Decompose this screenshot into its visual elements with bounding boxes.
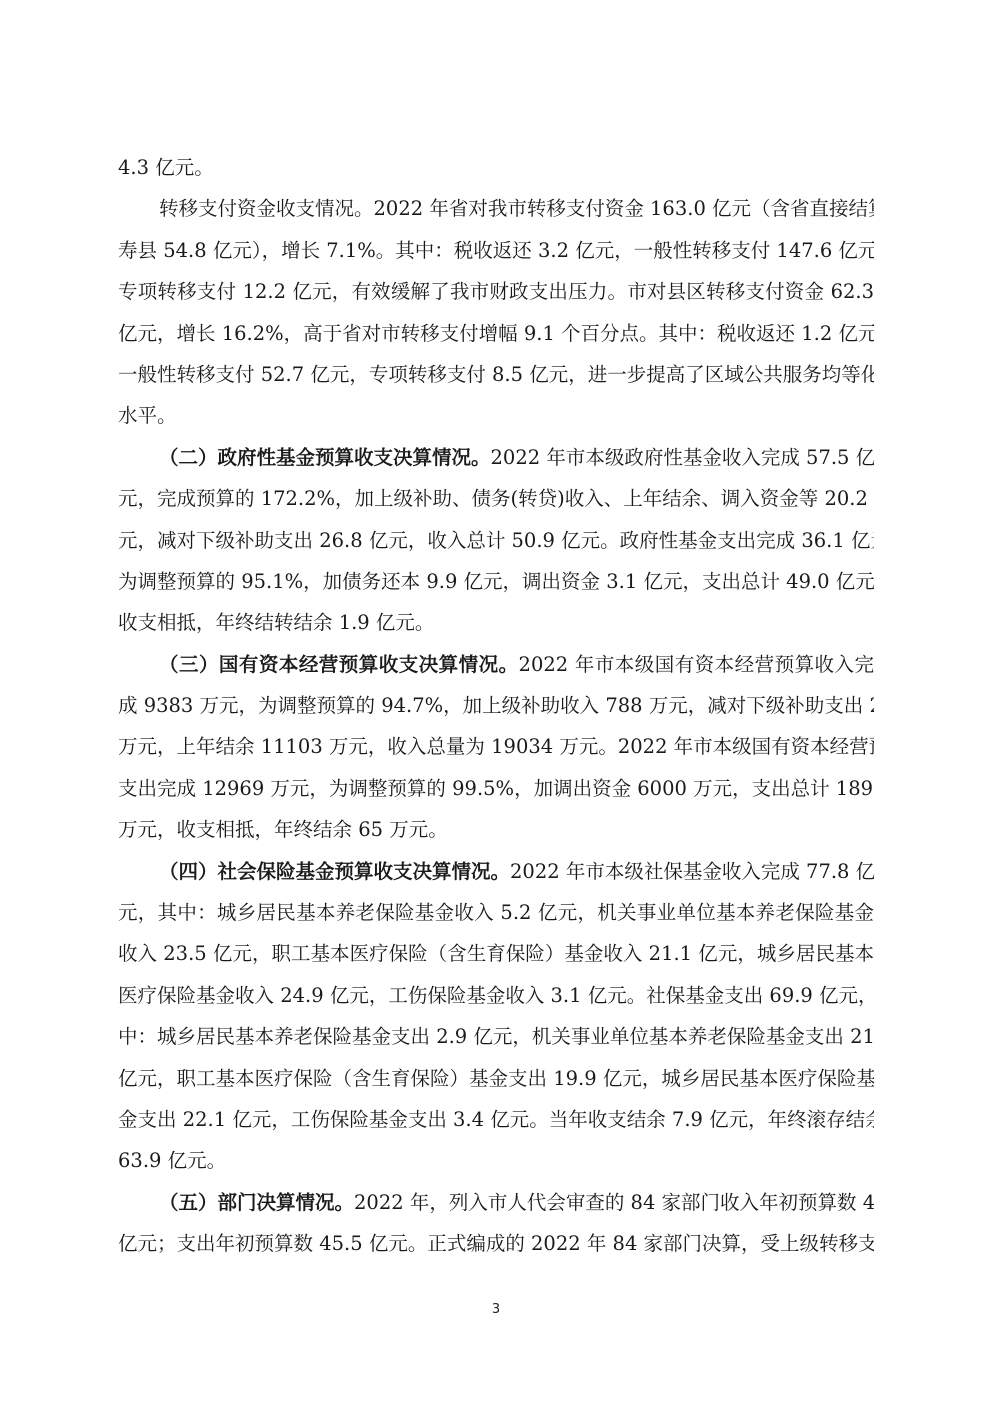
text-run: 2022 年市本级社保基金收入完成 77.8 亿 <box>510 860 874 883</box>
text-line: 亿元；支出年初预算数 45.5 亿元。正式编成的 2022 年 84 家部门决算… <box>118 1223 874 1264</box>
text-line: 医疗保险基金收入 24.9 亿元，工伤保险基金收入 3.1 亿元。社保基金支出 … <box>118 975 874 1016</box>
text-line: 元，完成预算的 172.2%，加上级补助、债务(转贷)收入、上年结余、调入资金等… <box>118 478 874 519</box>
text-run: 2022 年市本级国有资本经营预算收入完 <box>519 653 874 676</box>
document-page: 4.3 亿元。 转移支付资金收支情况。2022 年省对我市转移支付资金 163.… <box>0 0 992 1403</box>
text-line: 转移支付资金收支情况。2022 年省对我市转移支付资金 163.0 亿元（含省直… <box>118 188 874 229</box>
page-number: 3 <box>0 1302 992 1317</box>
section-heading-line: （二）政府性基金预算收支决算情况。2022 年市本级政府性基金收入完成 57.5… <box>118 437 874 478</box>
text-line: 收入 23.5 亿元，职工基本医疗保险（含生育保险）基金收入 21.1 亿元，城… <box>118 933 874 974</box>
text-line: 中：城乡居民基本养老保险基金支出 2.9 亿元，机关事业单位基本养老保险基金支出… <box>118 1016 874 1057</box>
text-line: 收支相抵，年终结转结余 1.9 亿元。 <box>118 602 874 643</box>
text-line: 亿元，职工基本医疗保险（含生育保险）基金支出 19.9 亿元，城乡居民基本医疗保… <box>118 1058 874 1099</box>
text-line: 金支出 22.1 亿元，工伤保险基金支出 3.4 亿元。当年收支结余 7.9 亿… <box>118 1099 874 1140</box>
text-line: 万元，收支相抵，年终结余 65 万元。 <box>118 809 874 850</box>
section-heading-line: （四）社会保险基金预算收支决算情况。2022 年市本级社保基金收入完成 77.8… <box>118 851 874 892</box>
text-line: 成 9383 万元，为调整预算的 94.7%，加上级补助收入 788 万元，减对… <box>118 685 874 726</box>
text-line: 水平。 <box>118 395 874 436</box>
text-line: 4.3 亿元。 <box>118 147 874 188</box>
section-heading: （二）政府性基金预算收支决算情况。 <box>159 446 491 469</box>
text-run: 2022 年，列入市人代会审查的 84 家部门收入年初预算数 44.9 <box>354 1191 874 1214</box>
text-line: 63.9 亿元。 <box>118 1140 874 1181</box>
text-run: 2022 年市本级政府性基金收入完成 57.5 亿 <box>491 446 874 469</box>
text-line: 寿县 54.8 亿元），增长 7.1%。其中：税收返还 3.2 亿元，一般性转移… <box>118 230 874 271</box>
text-line: 专项转移支付 12.2 亿元，有效缓解了我市财政支出压力。市对县区转移支付资金 … <box>118 271 874 312</box>
text-line: 一般性转移支付 52.7 亿元，专项转移支付 8.5 亿元，进一步提高了区域公共… <box>118 354 874 395</box>
section-heading: （四）社会保险基金预算收支决算情况。 <box>159 860 510 883</box>
text-line: 支出完成 12969 万元，为调整预算的 99.5%，加调出资金 6000 万元… <box>118 768 874 809</box>
text-line: 为调整预算的 95.1%，加债务还本 9.9 亿元，调出资金 3.1 亿元，支出… <box>118 561 874 602</box>
document-body: 4.3 亿元。 转移支付资金收支情况。2022 年省对我市转移支付资金 163.… <box>118 147 874 1265</box>
section-heading-line: （五）部门决算情况。2022 年，列入市人代会审查的 84 家部门收入年初预算数… <box>118 1182 874 1223</box>
section-heading: （五）部门决算情况。 <box>159 1191 354 1214</box>
text-line: 元，减对下级补助支出 26.8 亿元，收入总计 50.9 亿元。政府性基金支出完… <box>118 520 874 561</box>
text-line: 万元，上年结余 11103 万元，收入总量为 19034 万元。2022 年市本… <box>118 726 874 767</box>
section-heading-line: （三）国有资本经营预算收支决算情况。2022 年市本级国有资本经营预算收入完 <box>118 644 874 685</box>
section-heading: （三）国有资本经营预算收支决算情况。 <box>159 653 519 676</box>
text-line: 元，其中：城乡居民基本养老保险基金收入 5.2 亿元，机关事业单位基本养老保险基… <box>118 892 874 933</box>
text-line: 亿元，增长 16.2%，高于省对市转移支付增幅 9.1 个百分点。其中：税收返还… <box>118 313 874 354</box>
